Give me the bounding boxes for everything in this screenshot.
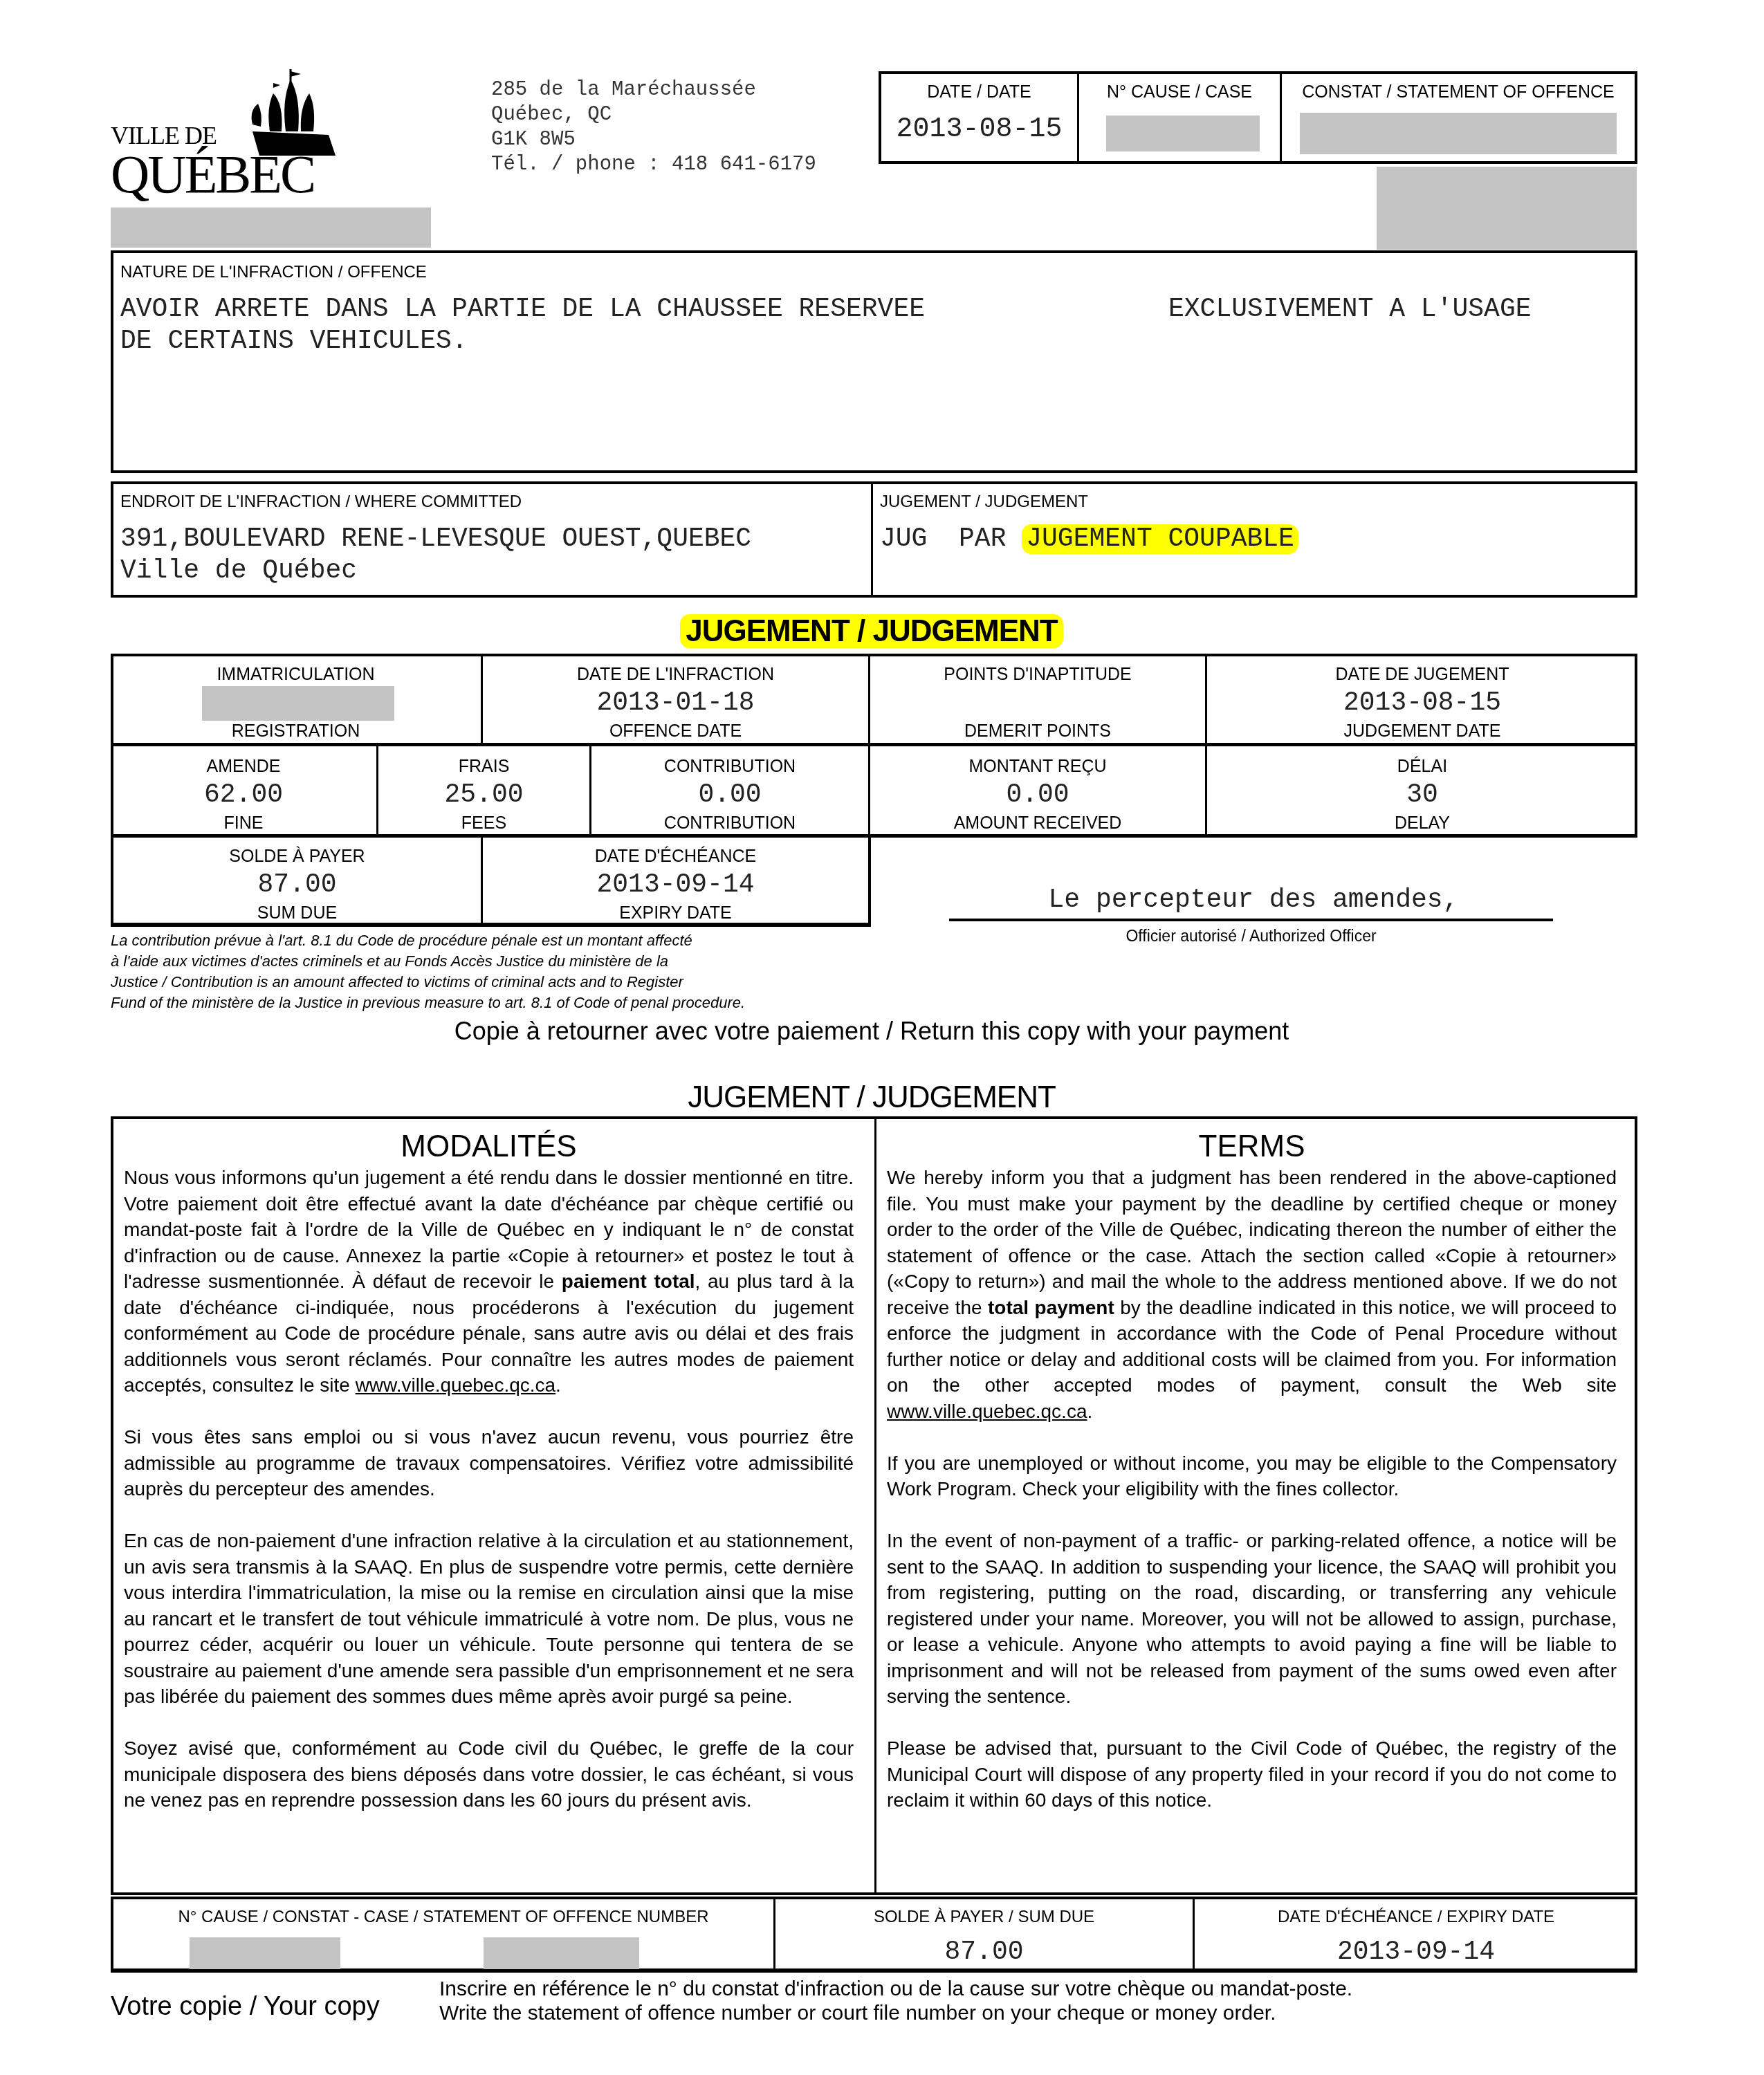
cell-label: EXPIRY DATE [483, 903, 868, 923]
address-line: 285 de la Maréchaussée [491, 77, 816, 102]
cell-label: JUDGEMENT DATE [1207, 721, 1637, 741]
section-title-text: JUGEMENT / JUDGEMENT [680, 614, 1063, 648]
case-label: N° CAUSE / CASE [1079, 82, 1280, 102]
stub-sum-value: 87.00 [775, 1937, 1193, 1967]
date-label: DATE / DATE [881, 82, 1077, 102]
offence-date-value: 2013-01-18 [483, 688, 868, 718]
cell-label: CONTRIBUTION [591, 757, 868, 777]
website-link[interactable]: www.ville.quebec.qc.ca [887, 1401, 1087, 1422]
cell-label: DATE D'ÉCHÉANCE [483, 847, 868, 867]
address-line: G1K 8W5 [491, 127, 816, 152]
delay-value: 30 [1207, 780, 1637, 810]
logo-quebec: QUÉBEC [111, 143, 314, 205]
redacted-registration [202, 686, 394, 721]
lower-section-title: JUGEMENT / JUDGEMENT [0, 1080, 1743, 1115]
fees-value: 25.00 [378, 780, 589, 810]
judgement-date-value: 2013-08-15 [1207, 688, 1637, 718]
city-logo: VILLE DE QUÉBEC [111, 66, 339, 211]
stub-expiry-value: 2013-09-14 [1195, 1937, 1637, 1967]
cell-label: DELAY [1207, 813, 1637, 833]
terms-box: MODALITÉS Nous vous informons qu'un juge… [111, 1116, 1637, 1895]
instruction-line: Inscrire en référence le n° du constat d… [439, 1977, 1352, 2001]
stub-sum-label: SOLDE À PAYER / SUM DUE [775, 1908, 1193, 1927]
location-judgement-box: ENDROIT DE L'INFRACTION / WHERE COMMITTE… [111, 481, 1637, 598]
return-copy-instruction: Copie à retourner avec votre paiement / … [0, 1017, 1743, 1046]
contribution-cell: CONTRIBUTION 0.00 CONTRIBUTION [591, 746, 868, 836]
judgement-date-cell: DATE DE JUGEMENT 2013-08-15 JUDGEMENT DA… [1207, 654, 1637, 744]
cell-label: DATE DE L'INFRACTION [483, 665, 868, 685]
amount-received-value: 0.00 [870, 780, 1205, 810]
delay-cell: DÉLAI 30 DELAY [1207, 746, 1637, 836]
cell-label: FINE [111, 813, 376, 833]
note-line: Fund of the ministère de la Justice in p… [111, 993, 745, 1013]
cell-label: DÉLAI [1207, 757, 1637, 777]
cell-label: POINTS D'INAPTITUDE [870, 665, 1205, 685]
contribution-note: La contribution prévue à l'art. 8.1 du C… [111, 930, 745, 1013]
location-line-2: Ville de Québec [120, 556, 357, 586]
location-line-1: 391,BOULEVARD RENE-LEVESQUE OUEST,QUEBEC [120, 524, 751, 554]
modalites-title: MODALITÉS [124, 1129, 854, 1165]
offence-text-1a: AVOIR ARRETE DANS LA PARTIE DE LA CHAUSS… [120, 295, 925, 324]
emphasis-total-payment: paiement total [562, 1271, 695, 1292]
cell-label: MONTANT REÇU [870, 757, 1205, 777]
demerit-points-cell: POINTS D'INAPTITUDE DEMERIT POINTS [870, 654, 1205, 744]
signature-line [949, 919, 1553, 921]
judgement-result: JUG PAR JUGEMENT COUPABLE [880, 524, 1298, 554]
judgement-section-title: JUGEMENT / JUDGEMENT [0, 614, 1743, 649]
note-line: Justice / Contribution is an amount affe… [111, 972, 745, 993]
cell-label: SUM DUE [113, 903, 481, 923]
redacted-statement-number [1300, 113, 1617, 154]
redacted-stub-statement [484, 1937, 639, 1969]
offence-box: NATURE DE L'INFRACTION / OFFENCE AVOIR A… [111, 250, 1637, 473]
terms-paragraph-4: Please be advised that, pursuant to the … [887, 1735, 1617, 1814]
your-copy-label: Votre copie / Your copy [111, 1992, 380, 2022]
offence-text-1b: EXCLUSIVEMENT A L'USAGE [1168, 295, 1532, 324]
instruction-line: Write the statement of offence number or… [439, 2001, 1352, 2025]
offence-date-cell: DATE DE L'INFRACTION 2013-01-18 OFFENCE … [483, 654, 868, 744]
payment-instructions: Inscrire en référence le n° du constat d… [439, 1977, 1352, 2025]
amount-received-cell: MONTANT REÇU 0.00 AMOUNT RECEIVED [870, 746, 1205, 836]
fees-cell: FRAIS 25.00 FEES [378, 746, 589, 836]
date-value: 2013-08-15 [881, 114, 1077, 145]
redacted-stub-case [190, 1937, 340, 1969]
offence-label: NATURE DE L'INFRACTION / OFFENCE [120, 263, 427, 282]
grid-row-2: AMENDE 62.00 FINE FRAIS 25.00 FEES CONTR… [111, 746, 1637, 836]
judgement-label: JUGEMENT / JUDGEMENT [880, 492, 1088, 512]
signature-caption: Officier autorisé / Authorized Officer [949, 927, 1553, 946]
stub-case-label: N° CAUSE / CONSTAT - CASE / STATEMENT OF… [113, 1908, 773, 1927]
sum-due-value: 87.00 [113, 870, 481, 900]
cell-label: CONTRIBUTION [591, 813, 868, 833]
modalites-paragraph-3: En cas de non-paiement d'une infraction … [124, 1528, 854, 1710]
cell-label: REGISTRATION [111, 721, 481, 741]
website-link[interactable]: www.ville.quebec.qc.ca [356, 1374, 555, 1396]
address-phone: Tél. / phone : 418 641-6179 [491, 152, 816, 177]
offence-text-2: DE CERTAINS VEHICULES. [120, 326, 468, 356]
modalites-paragraph-1: Nous vous informons qu'un jugement a été… [124, 1165, 854, 1399]
cell-label: FEES [378, 813, 589, 833]
terms-paragraph-1: We hereby inform you that a judgment has… [887, 1165, 1617, 1424]
note-line: à l'aide aux victimes d'actes criminels … [111, 951, 745, 972]
cell-label: DATE DE JUGEMENT [1207, 665, 1637, 685]
cell-label: AMENDE [111, 757, 376, 777]
registration-cell: IMMATRICULATION REGISTRATION [111, 654, 481, 744]
modalites-paragraph-4: Soyez avisé que, conformément au Code ci… [124, 1735, 854, 1814]
terms-paragraph-2: If you are unemployed or without income,… [887, 1450, 1617, 1502]
terms-paragraph-3: In the event of non-payment of a traffic… [887, 1528, 1617, 1710]
reference-box: DATE / DATE 2013-08-15 N° CAUSE / CASE C… [879, 71, 1637, 164]
cell-label: AMOUNT RECEIVED [870, 813, 1205, 833]
cell-label: FRAIS [378, 757, 589, 777]
redacted-barcode [1377, 167, 1637, 250]
redacted-case-number [1106, 116, 1260, 151]
payment-stub-box: N° CAUSE / CONSTAT - CASE / STATEMENT OF… [111, 1897, 1637, 1973]
judgement-prefix: JUG PAR [880, 524, 1006, 554]
cell-label: IMMATRICULATION [111, 665, 481, 685]
fine-cell: AMENDE 62.00 FINE [111, 746, 376, 836]
court-address: 285 de la Maréchaussée Québec, QC G1K 8W… [491, 77, 816, 177]
expiry-date-cell: DATE D'ÉCHÉANCE 2013-09-14 EXPIRY DATE [483, 837, 868, 927]
cell-label: SOLDE À PAYER [113, 847, 481, 867]
signature-text: Le percepteur des amendes, [949, 885, 1558, 915]
location-label: ENDROIT DE L'INFRACTION / WHERE COMMITTE… [120, 492, 522, 512]
modalites-column: MODALITÉS Nous vous informons qu'un juge… [124, 1129, 854, 1814]
statement-label: CONSTAT / STATEMENT OF OFFENCE [1282, 82, 1635, 102]
verdict-highlight: JUGEMENT COUPABLE [1022, 524, 1298, 554]
grid-row-3: SOLDE À PAYER 87.00 SUM DUE DATE D'ÉCHÉA… [111, 837, 871, 927]
stub-expiry-label: DATE D'ÉCHÉANCE / EXPIRY DATE [1195, 1908, 1637, 1927]
sum-due-cell: SOLDE À PAYER 87.00 SUM DUE [113, 837, 481, 927]
terms-title: TERMS [887, 1129, 1617, 1165]
contribution-value: 0.00 [591, 780, 868, 810]
note-line: La contribution prévue à l'art. 8.1 du C… [111, 930, 745, 951]
expiry-date-value: 2013-09-14 [483, 870, 868, 900]
fine-value: 62.00 [111, 780, 376, 810]
emphasis-total-payment: total payment [988, 1297, 1114, 1318]
redacted-name [111, 207, 431, 248]
grid-row-1: IMMATRICULATION REGISTRATION DATE DE L'I… [111, 654, 1637, 744]
terms-column: TERMS We hereby inform you that a judgme… [887, 1129, 1617, 1814]
cell-label: OFFENCE DATE [483, 721, 868, 741]
modalites-paragraph-2: Si vous êtes sans emploi ou si vous n'av… [124, 1424, 854, 1502]
address-line: Québec, QC [491, 102, 816, 127]
cell-label: DEMERIT POINTS [870, 721, 1205, 741]
